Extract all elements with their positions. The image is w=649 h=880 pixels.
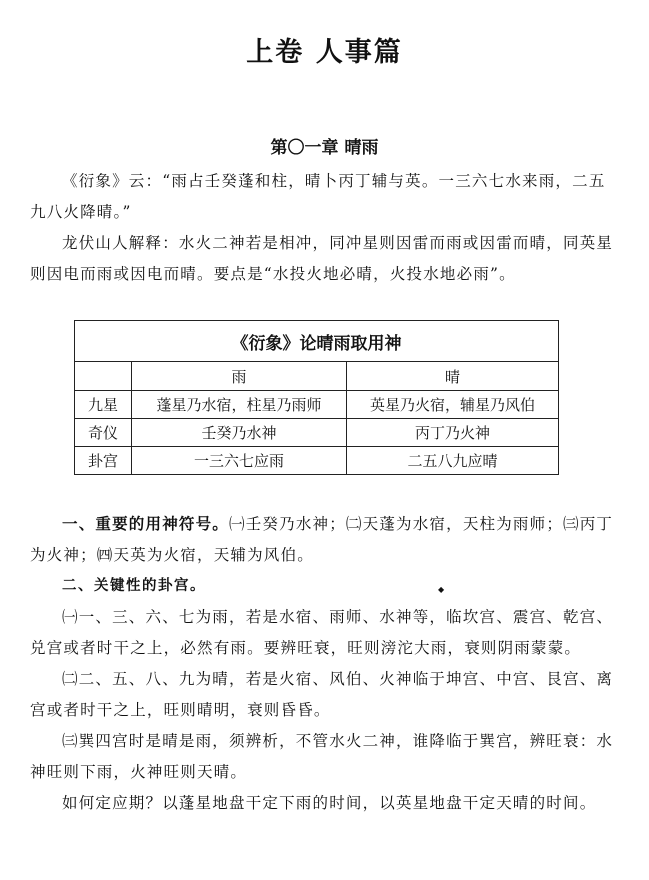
chapter-title: 第〇一章 晴雨 [0, 133, 649, 158]
table-header-row: 雨 晴 [75, 362, 559, 391]
section2-heading: 二、关键性的卦宫。 [30, 571, 620, 602]
row-label: 卦宫 [75, 447, 132, 475]
row-label: 奇仪 [75, 419, 132, 447]
row-label: 九星 [75, 391, 132, 419]
table-caption: 《衍象》论晴雨取用神 [75, 321, 559, 362]
stray-dot-mark: ◆ [438, 585, 444, 594]
row-rain: 壬癸乃水神 [132, 419, 347, 447]
section1-heading: 一、重要的用神符号。 [62, 515, 229, 533]
explanation-paragraph: 龙伏山人解释：水火二神若是相冲，同冲星则因雷而雨或因雷而晴，同英星则因电而雨或因… [30, 228, 620, 290]
closing-paragraph: 如何定应期？以蓬星地盘干定下雨的时间，以英星地盘干定天晴的时间。 [30, 788, 620, 819]
table-row: 九星 蓬星乃水宿，柱星乃雨师 英星乃火宿，辅星乃风伯 [75, 391, 559, 419]
row-sunny: 英星乃火宿，辅星乃风伯 [347, 391, 559, 419]
page-title: 上卷 人事篇 [0, 30, 649, 69]
row-rain: 蓬星乃水宿，柱星乃雨师 [132, 391, 347, 419]
table-row: 奇仪 壬癸乃水神 丙丁乃火神 [75, 419, 559, 447]
rain-sunny-table: 《衍象》论晴雨取用神 雨 晴 九星 蓬星乃水宿，柱星乃雨师 英星乃火宿，辅星乃风… [74, 320, 559, 475]
table-row: 卦宫 一三六七应雨 二五八九应晴 [75, 447, 559, 475]
row-sunny: 丙丁乃火神 [347, 419, 559, 447]
section2-item-3: ㈢巽四宫时是晴是雨，须辨析，不管水火二神，谁降临于巽宫，辨旺衰：水神旺则下雨，火… [30, 726, 620, 788]
header-sunny: 晴 [347, 362, 559, 391]
section1-paragraph: 一、重要的用神符号。㈠壬癸乃水神；㈡天蓬为水宿，天柱为雨师；㈢丙丁为火神；㈣天英… [30, 509, 620, 571]
row-rain: 一三六七应雨 [132, 447, 347, 475]
header-rain: 雨 [132, 362, 347, 391]
section2-item-2: ㈡二、五、八、九为晴，若是火宿、风伯、火神临于坤宫、中宫、艮宫、离宫或者时干之上… [30, 664, 620, 726]
quote-paragraph: 《衍象》云：“雨占壬癸蓬和柱，晴卜丙丁辅与英。一三六七水来雨，二五九八火降晴。” [30, 166, 620, 228]
row-sunny: 二五八九应晴 [347, 447, 559, 475]
section2-item-1: ㈠一、三、六、七为雨，若是水宿、雨师、水神等，临坎宫、震宫、乾宫、兑宫或者时干之… [30, 602, 620, 664]
header-empty [75, 362, 132, 391]
